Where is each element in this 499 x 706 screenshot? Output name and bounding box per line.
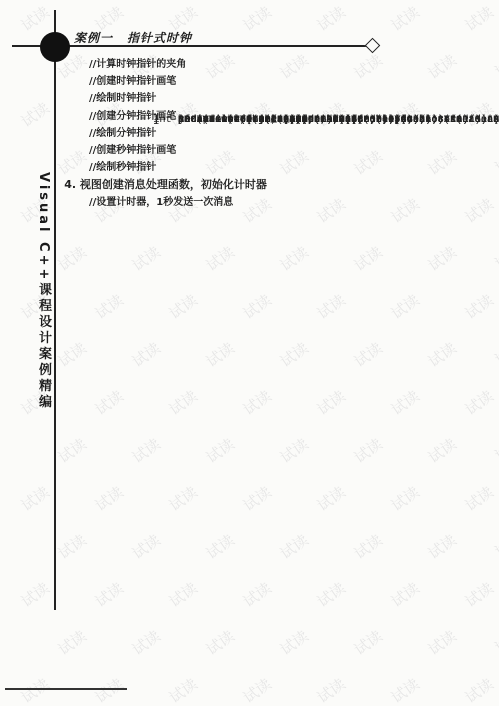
watermark-text: 试读	[350, 433, 387, 467]
watermark-text: 试读	[276, 49, 313, 83]
watermark-text: 试读	[54, 241, 91, 275]
watermark-text: 试读	[350, 625, 387, 659]
code-comment: //绘制时钟指针	[89, 90, 267, 107]
watermark-text: 试读	[424, 529, 461, 563]
watermark-text: 试读	[276, 145, 313, 179]
watermark-text: 试读	[350, 529, 387, 563]
watermark-text: 试读	[313, 193, 350, 227]
watermark-text: 试读	[387, 1, 424, 35]
watermark-text: 试读	[490, 631, 499, 674]
watermark-text: 试读	[424, 241, 461, 275]
watermark-text: 试读	[387, 673, 424, 706]
header-bullet-icon	[40, 32, 70, 62]
watermark-text: 试读	[91, 385, 128, 419]
watermark-text: 试读	[461, 289, 498, 323]
watermark-text: 试读	[202, 433, 239, 467]
watermark-text: 试读	[165, 577, 202, 611]
watermark-text: 试读	[350, 337, 387, 371]
watermark-text: 试读	[239, 1, 276, 35]
watermark-text: 试读	[490, 535, 499, 578]
watermark-text: 试读	[490, 247, 499, 290]
watermark-text: 试读	[276, 625, 313, 659]
watermark-text: 试读	[17, 577, 54, 611]
watermark-text: 试读	[165, 481, 202, 515]
watermark-text: 试读	[17, 1, 54, 35]
watermark-text: 试读	[165, 289, 202, 323]
watermark-text: 试读	[313, 577, 350, 611]
watermark-text: 试读	[54, 433, 91, 467]
watermark-text: 试读	[128, 241, 165, 275]
watermark-text: 试读	[276, 529, 313, 563]
watermark-text: 试读	[350, 241, 387, 275]
watermark-text: 试读	[490, 439, 499, 482]
watermark-text: 试读	[387, 289, 424, 323]
watermark-text: 试读	[91, 673, 128, 706]
margin-rule-vertical	[54, 10, 56, 610]
watermark-text: 试读	[313, 481, 350, 515]
watermark-text: 试读	[239, 289, 276, 323]
code-comment: //绘制秒钟指针	[89, 159, 267, 176]
watermark-text: 试读	[128, 625, 165, 659]
watermark-text: 试读	[239, 673, 276, 706]
header-diamond-icon	[365, 38, 381, 54]
watermark-text: 试读	[387, 385, 424, 419]
footer-rule	[5, 688, 127, 690]
watermark-text: 试读	[490, 151, 499, 194]
watermark-text: 试读	[239, 577, 276, 611]
watermark-text: 试读	[276, 241, 313, 275]
watermark-text: 试读	[239, 385, 276, 419]
watermark-text: 试读	[490, 343, 499, 386]
code-line: }	[153, 112, 159, 129]
watermark-text: 试读	[313, 385, 350, 419]
watermark-text: 试读	[54, 529, 91, 563]
section-heading: 4. 视图创建消息处理函数，初始化计时器	[64, 176, 267, 193]
watermark-text: 试读	[202, 337, 239, 371]
code-listing: pDC->TextOut(x,y,str);}//计算时钟指针的夹角Radian…	[89, 56, 267, 211]
watermark-text: 试读	[461, 193, 498, 227]
code-comment: //创建秒钟指针画笔	[89, 142, 267, 159]
case-label: 案例一	[74, 31, 113, 45]
watermark-text: 试读	[350, 145, 387, 179]
watermark-text: 试读	[202, 529, 239, 563]
watermark-text: 试读	[276, 433, 313, 467]
watermark-text: 试读	[490, 55, 499, 98]
watermark-text: 试读	[424, 145, 461, 179]
watermark-text: 试读	[424, 625, 461, 659]
watermark-text: 试读	[387, 481, 424, 515]
watermark-text: 试读	[461, 385, 498, 419]
watermark-text: 试读	[461, 577, 498, 611]
running-header: 案例一指针式时钟	[74, 29, 192, 46]
watermark-text: 试读	[165, 385, 202, 419]
watermark-text: 试读	[91, 577, 128, 611]
watermark-text: 试读	[54, 337, 91, 371]
watermark-text: 试读	[350, 49, 387, 83]
watermark-text: 试读	[128, 337, 165, 371]
watermark-text: 试读	[202, 241, 239, 275]
watermark-text: 试读	[461, 673, 498, 706]
watermark-text: 试读	[387, 577, 424, 611]
watermark-text: 试读	[424, 49, 461, 83]
watermark-text: 试读	[461, 1, 498, 35]
watermark-text: 试读	[239, 481, 276, 515]
watermark-text: 试读	[461, 481, 498, 515]
watermark-text: 试读	[54, 625, 91, 659]
watermark-text: 试读	[424, 337, 461, 371]
watermark-text: 试读	[54, 145, 91, 179]
watermark-text: 试读	[313, 673, 350, 706]
watermark-text: 试读	[276, 337, 313, 371]
watermark-text: 试读	[17, 481, 54, 515]
book-title-vertical: Visual C++课程设计案例精编	[34, 172, 53, 410]
code-comment: //计算时钟指针的夹角	[89, 56, 267, 73]
watermark-text: 试读	[165, 673, 202, 706]
watermark-text: 试读	[128, 433, 165, 467]
watermark-text: 试读	[128, 529, 165, 563]
watermark-text: 试读	[313, 289, 350, 323]
watermark-text: 试读	[91, 481, 128, 515]
watermark-text: 试读	[17, 97, 54, 131]
code-comment: //设置计时器，1秒发送一次消息	[89, 194, 267, 211]
case-title: 指针式时钟	[127, 31, 192, 45]
code-comment: //创建时钟指针画笔	[89, 73, 267, 90]
code-line: return 0;	[178, 112, 234, 129]
watermark-text: 试读	[17, 673, 54, 706]
watermark-text: 试读	[202, 625, 239, 659]
watermark-text: 试读	[91, 289, 128, 323]
watermark-text: 试读	[424, 433, 461, 467]
watermark-text: 试读	[313, 1, 350, 35]
watermark-text: 试读	[387, 193, 424, 227]
